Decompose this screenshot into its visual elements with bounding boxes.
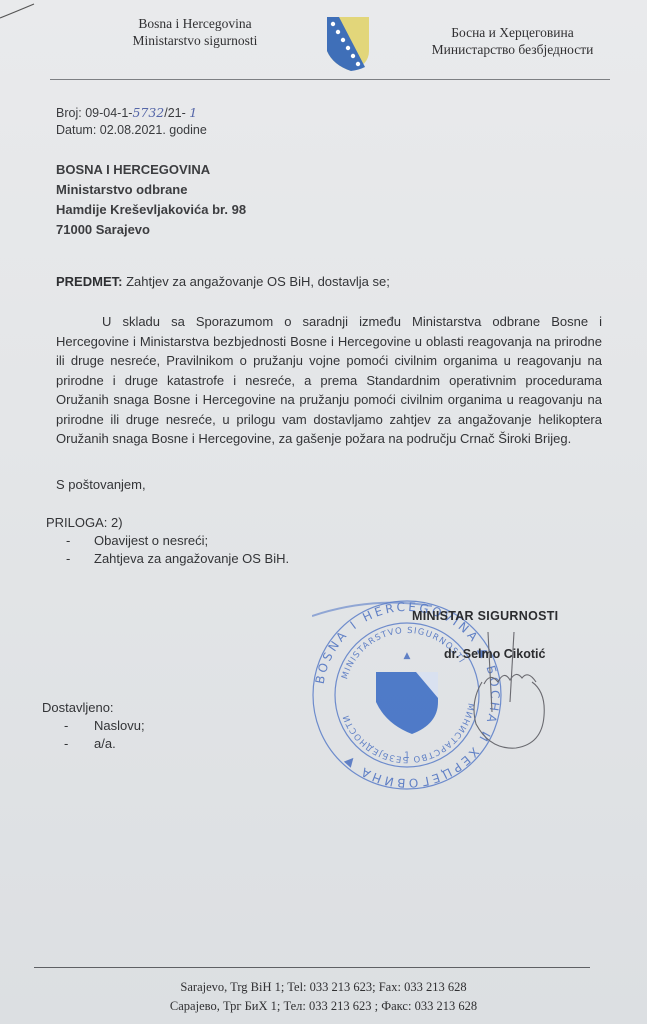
recipient-line: Hamdije Kreševljakovića br. 98 <box>56 200 246 220</box>
subject-text: Zahtjev za angažovanje OS BiH, dostavlja… <box>126 274 390 289</box>
recipient-address: BOSNA I HERCEGOVINA Ministarstvo odbrane… <box>56 160 246 240</box>
reference-block: Broj: 09-04-1-5732/21- 1 Datum: 02.08.20… <box>56 104 207 139</box>
closing-salutation: S poštovanjem, <box>56 477 146 492</box>
subject-line: PREDMET: Zahtjev za angažovanje OS BiH, … <box>56 274 390 289</box>
recipient-line: 71000 Sarajevo <box>56 220 246 240</box>
header-divider <box>50 79 610 80</box>
reference-number: Broj: 09-04-1-5732/21- 1 <box>56 104 207 122</box>
handwritten-signature <box>470 632 560 762</box>
handwritten-number: 5732 <box>132 105 164 120</box>
pen-mark <box>0 2 40 20</box>
signatory-title: MINISTAR SIGURNOSTI <box>412 609 558 623</box>
recipient-line: BOSNA I HERCEGOVINA <box>56 160 246 180</box>
attachments-list: - Obavijest o nesreći; - Zahtjeva za ang… <box>66 532 289 568</box>
letter-body: U skladu sa Sporazumom o saradnji između… <box>56 312 602 449</box>
delivered-item: - Naslovu; <box>64 717 145 735</box>
footer-latin: Sarajevo, Trg BiH 1; Tel: 033 213 623; F… <box>0 978 647 997</box>
attachment-item: - Obavijest o nesreći; <box>66 532 289 550</box>
letterhead-country-latin: Bosna i Hercegovina <box>120 15 270 32</box>
letterhead-ministry-latin: Ministarstvo sigurnosti <box>120 32 270 49</box>
delivered-item: - a/a. <box>64 735 145 753</box>
handwritten-suffix: 1 <box>189 105 197 120</box>
delivered-list: - Naslovu; - a/a. <box>64 717 145 753</box>
footer: Sarajevo, Trg BiH 1; Tel: 033 213 623; F… <box>0 978 647 1016</box>
subject-label: PREDMET: <box>56 274 122 289</box>
bih-coat-of-arms-icon <box>325 15 371 73</box>
footer-divider <box>34 967 590 968</box>
delivered-title: Dostavljeno: <box>42 700 114 715</box>
letterhead-left: Bosna i Hercegovina Ministarstvo sigurno… <box>120 15 270 49</box>
reference-date: Datum: 02.08.2021. godine <box>56 122 207 139</box>
attachment-item: - Zahtjeva za angažovanje OS BiH. <box>66 550 289 568</box>
svg-text:▲: ▲ <box>404 651 411 661</box>
letterhead-country-cyrillic: Босна и Херцеговина <box>420 24 605 41</box>
attachments-title: PRILOGA: 2) <box>46 515 123 530</box>
letterhead-ministry-cyrillic: Министарство безбједности <box>420 41 605 58</box>
letterhead-right: Босна и Херцеговина Министарство безбјед… <box>420 24 605 58</box>
body-paragraph: U skladu sa Sporazumom o saradnji između… <box>56 312 602 449</box>
stamp-number: 1 <box>404 751 410 761</box>
footer-cyrillic: Сарајево, Трг БиХ 1; Тел: 033 213 623 ; … <box>0 997 647 1016</box>
recipient-line: Ministarstvo odbrane <box>56 180 246 200</box>
